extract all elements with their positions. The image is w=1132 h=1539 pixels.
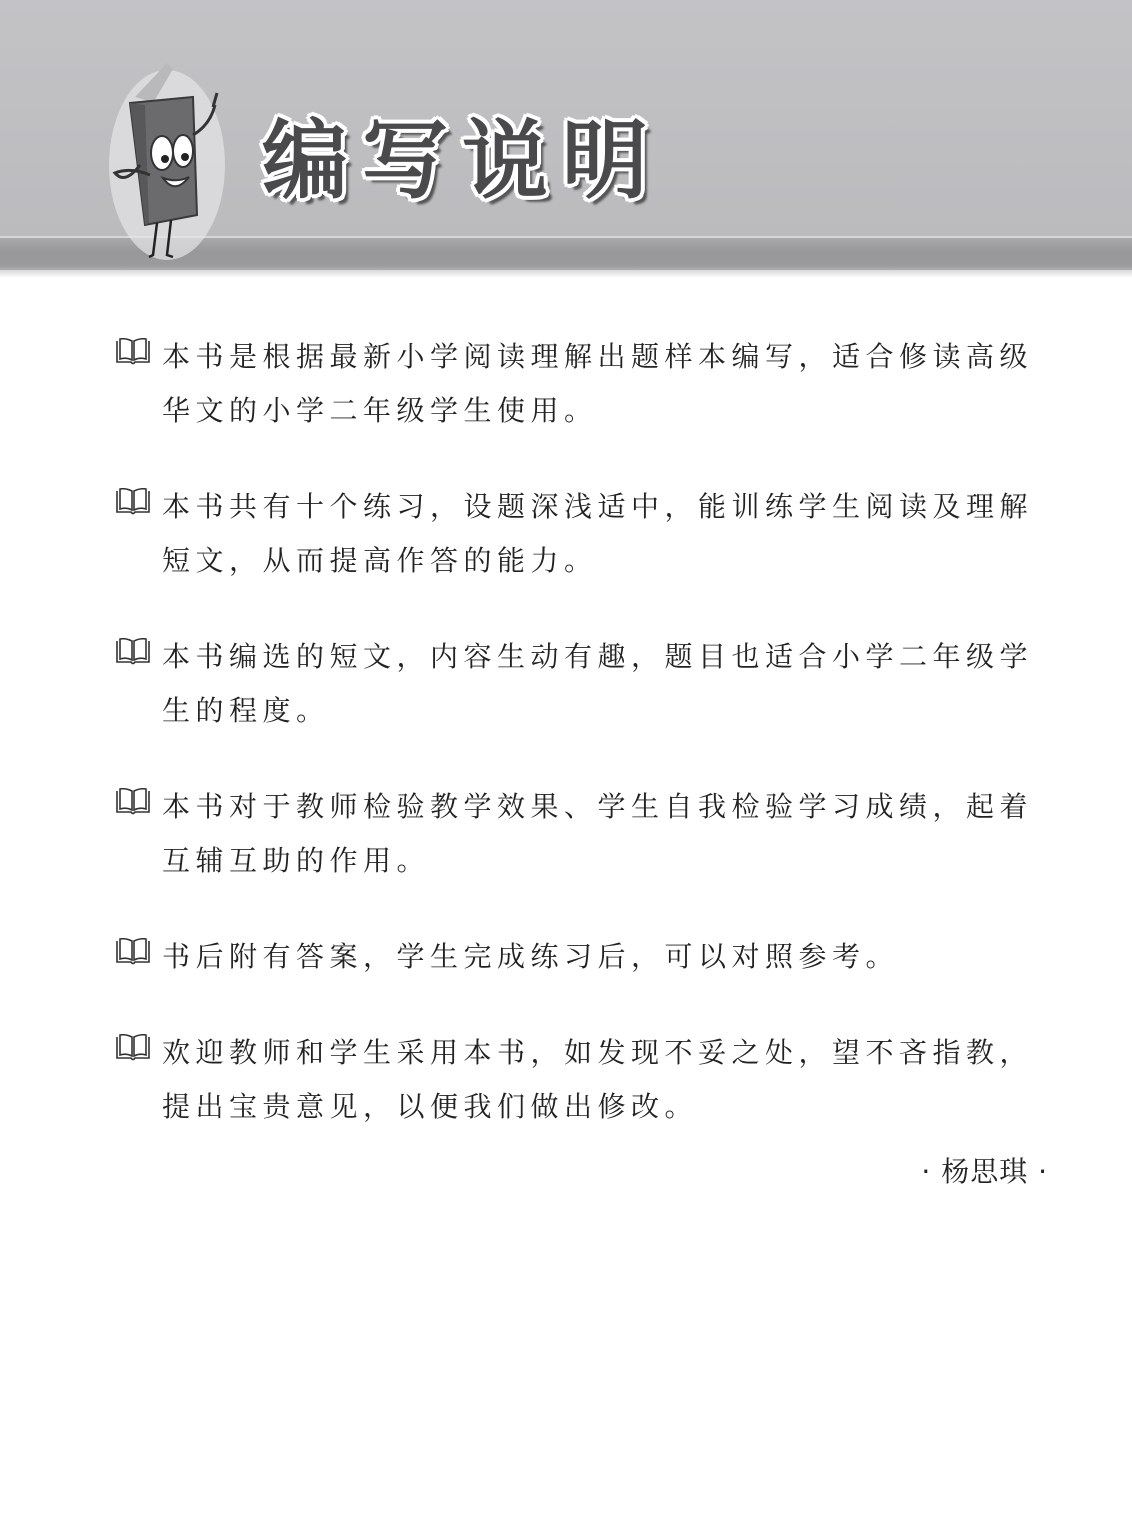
open-book-icon xyxy=(115,338,151,366)
instruction-list: 本书是根据最新小学阅读理解出题样本编写，适合修读高级华文的小学二年级学生使用。 … xyxy=(115,330,1065,1176)
open-book-icon xyxy=(115,638,151,666)
open-book-icon xyxy=(115,488,151,516)
list-item: 本书共有十个练习，设题深浅适中，能训练学生阅读及理解短文，从而提高作答的能力。 xyxy=(115,480,1065,588)
open-book-icon xyxy=(115,788,151,816)
item-text: 欢迎教师和学生采用本书，如发现不妥之处，望不吝指教，提出宝贵意见，以便我们做出修… xyxy=(162,1026,1065,1134)
item-text: 书后附有答案，学生完成练习后，可以对照参考。 xyxy=(162,930,1065,984)
open-book-icon xyxy=(115,1034,151,1062)
item-text: 本书对于教师检验教学效果、学生自我检验学习成绩，起着互辅互助的作用。 xyxy=(162,780,1065,888)
item-text: 本书共有十个练习，设题深浅适中，能训练学生阅读及理解短文，从而提高作答的能力。 xyxy=(162,480,1065,588)
list-item: 本书对于教师检验教学效果、学生自我检验学习成绩，起着互辅互助的作用。 xyxy=(115,780,1065,888)
open-book-icon xyxy=(115,938,151,966)
list-item: 欢迎教师和学生采用本书，如发现不妥之处，望不吝指教，提出宝贵意见，以便我们做出修… xyxy=(115,1026,1065,1134)
header-shadow xyxy=(0,270,1132,278)
item-text: 本书是根据最新小学阅读理解出题样本编写，适合修读高级华文的小学二年级学生使用。 xyxy=(162,330,1065,438)
list-item: 本书是根据最新小学阅读理解出题样本编写，适合修读高级华文的小学二年级学生使用。 xyxy=(115,330,1065,438)
list-item: 本书编选的短文，内容生动有趣，题目也适合小学二年级学生的程度。 xyxy=(115,630,1065,738)
item-text: 本书编选的短文，内容生动有趣，题目也适合小学二年级学生的程度。 xyxy=(162,630,1065,738)
page-title: 编写说明 xyxy=(262,118,662,204)
book-mascot-icon xyxy=(105,55,245,270)
author-signature: · 杨思琪 · xyxy=(921,1150,1048,1190)
list-item: 书后附有答案，学生完成练习后，可以对照参考。 xyxy=(115,930,1065,984)
